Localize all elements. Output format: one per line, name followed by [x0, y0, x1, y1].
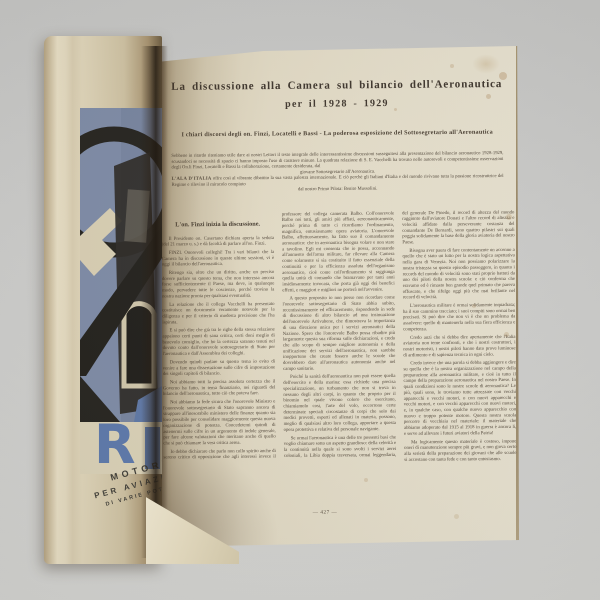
article-paragraph: Dovendo quindi parlare su questo tema io…	[163, 359, 275, 378]
section-heading: L'on. Finzi inizia la discussione.	[174, 220, 262, 228]
left-page: R MOTORI PER AVIAZIONE DI VARIE POTENZE	[44, 36, 162, 564]
article-paragraph: Ma logicamente questo materiale è costos…	[404, 439, 517, 463]
article-paragraph: Credo invece che una parola si debba agg…	[403, 360, 516, 437]
abstract-deco-illustration	[80, 108, 162, 422]
advert-artwork	[80, 108, 162, 422]
article-paragraph: La relazione che il collega Vacchelli ha…	[162, 301, 275, 325]
article-paragraph: L'aeronautica militare è ormai solidamen…	[403, 302, 516, 332]
article-paragraph: Ritengo sia, oltre che un diritto, anche…	[162, 270, 275, 300]
right-page: La discussione alla Camera sul bilancio …	[154, 46, 519, 547]
article-paragraph: Noi abbiamo tutti la precisa assoluta ce…	[163, 379, 275, 398]
article-paragraph: Il Presidente on. Casertano dichiara ape…	[162, 235, 274, 248]
page-number: — 427 —	[164, 508, 486, 516]
article-intro: Sebbene in ritardo riteniamo utile dare …	[171, 151, 503, 194]
article-paragraph: Poiché la sanità dell'aeronautica non pu…	[283, 374, 396, 433]
article-title-line1: La discussione alla Camera sul bilancio …	[160, 77, 513, 93]
article-paragraph: Bisogna aver paura di fare contentamente…	[402, 247, 515, 301]
article-paragraph: A questo proposito io non posso non rico…	[282, 295, 395, 372]
right-page-content: La discussione alla Camera sul bilancio …	[160, 49, 517, 543]
article-paragraph: Credo anzi che si debba dire apertamente…	[403, 334, 516, 358]
article-columns: L'on. Finzi inizia la discussione. Il Pr…	[161, 210, 516, 493]
letter-r: R	[94, 416, 136, 474]
article-paragraph: FINZI. Onorevoli colleghi! Tra i vari bi…	[162, 249, 274, 268]
article-paragraph: Noi abbiamo la fede sicura che l'onorevo…	[163, 399, 276, 447]
magazine-photo: La discussione alla Camera sul bilancio …	[0, 0, 600, 600]
article-paragraph: E si può dire che già tra le righe della…	[162, 327, 275, 357]
article-title-line2: per il 1928 - 1929	[160, 96, 513, 111]
article-subtitle: I chiari discorsi degli on. Finzi, Locat…	[164, 128, 511, 139]
